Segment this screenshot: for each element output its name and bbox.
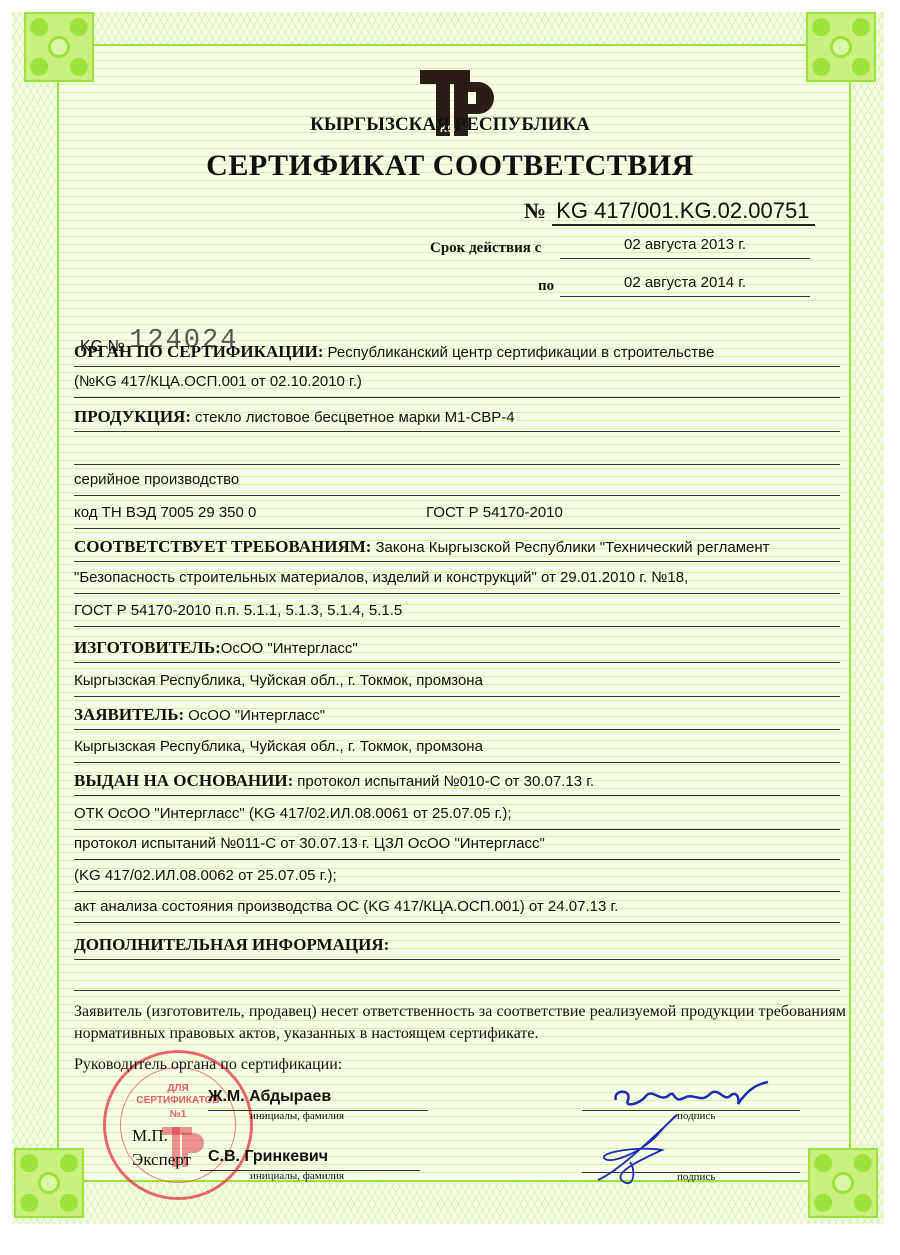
certificate-number: № KG 417/001.KG.02.00751 bbox=[524, 198, 815, 226]
field-product-line2 bbox=[74, 440, 840, 465]
expert-signature-caption: подпись bbox=[677, 1171, 715, 1183]
field-basis-line5: акт анализа состояния производства ОС (K… bbox=[74, 898, 840, 923]
field-tn-ved: код ТН ВЭД 7005 29 350 0 ГОСТ Р 54170-20… bbox=[74, 504, 840, 529]
field-manufacturer: ИЗГОТОВИТЕЛЬ:ОсОО "Интергласс" bbox=[74, 638, 840, 663]
corner-ornament-icon bbox=[14, 1148, 84, 1218]
head-name-caption: инициалы, фамилия bbox=[250, 1110, 344, 1122]
gost-standard: ГОСТ Р 54170-2010 bbox=[426, 504, 563, 521]
field-applicant: ЗАЯВИТЕЛЬ:ОсОО "Интергласс" bbox=[74, 705, 840, 730]
corner-ornament-icon bbox=[808, 1148, 878, 1218]
validity-from-label: Срок действия с bbox=[430, 240, 541, 256]
applicant-label: ЗАЯВИТЕЛЬ: bbox=[74, 705, 184, 724]
expert-label: Эксперт bbox=[132, 1150, 191, 1170]
validity-to: по 02 августа 2014 г. bbox=[538, 278, 554, 295]
manufacturer-value: ОсОО "Интергласс" bbox=[221, 640, 358, 657]
certificate-number-value: KG 417/001.KG.02.00751 bbox=[552, 198, 815, 226]
head-name: Ж.М. Абдыраев bbox=[208, 1088, 428, 1111]
field-requirements-line3: ГОСТ Р 54170-2010 п.п. 5.1.1, 5.1.3, 5.1… bbox=[74, 602, 840, 627]
country-name: КЫРГЫЗСКАЯ РЕСПУБЛИКА bbox=[0, 114, 900, 136]
validity-from: Срок действия с 02 августа 2013 г. bbox=[430, 240, 541, 257]
corner-ornament-icon bbox=[24, 12, 94, 82]
requirements-line1: Закона Кыргызской Республики "Технически… bbox=[375, 539, 769, 556]
production-type: серийное производство bbox=[74, 471, 239, 488]
organ-value: Республиканский центр сертификации в стр… bbox=[328, 344, 715, 361]
expert-name-value: С.В. Гринкевич bbox=[208, 1148, 328, 1165]
organ-label: ОРГАН ПО СЕРТИФИКАЦИИ: bbox=[74, 342, 324, 361]
tn-ved-code: код ТН ВЭД 7005 29 350 0 bbox=[74, 504, 256, 521]
field-product: ПРОДУКЦИЯ:стекло листовое бесцветное мар… bbox=[74, 407, 840, 432]
manufacturer-label: ИЗГОТОВИТЕЛЬ: bbox=[74, 638, 221, 657]
field-manufacturer-address: Кыргызская Республика, Чуйская обл., г. … bbox=[74, 672, 840, 697]
manufacturer-address: Кыргызская Республика, Чуйская обл., г. … bbox=[74, 672, 483, 689]
basis-label: ВЫДАН НА ОСНОВАНИИ: bbox=[74, 771, 293, 790]
field-requirements: СООТВЕТСТВУЕТ ТРЕБОВАНИЯМ:Закона Кыргызс… bbox=[74, 537, 840, 562]
validity-to-label: по bbox=[538, 278, 554, 294]
document-title: СЕРТИФИКАТ СООТВЕТСТВИЯ bbox=[0, 149, 900, 183]
organ-accreditation: (№KG 417/КЦА.ОСП.001 от 02.10.2010 г.) bbox=[74, 373, 362, 390]
field-basis-line3: протокол испытаний №011-С от 30.07.13 г.… bbox=[74, 835, 840, 860]
applicant-address: Кыргызская Республика, Чуйская обл., г. … bbox=[74, 738, 483, 755]
field-additional: ДОПОЛНИТЕЛЬНАЯ ИНФОРМАЦИЯ: bbox=[74, 935, 840, 960]
field-additional-line2 bbox=[74, 966, 840, 991]
border-right bbox=[852, 12, 884, 1224]
expert-name: С.В. Гринкевич bbox=[200, 1148, 420, 1171]
applicant-value: ОсОО "Интергласс" bbox=[188, 707, 325, 724]
responsibility-statement: Заявитель (изготовитель, продавец) несет… bbox=[74, 1001, 846, 1045]
expert-name-caption: инициалы, фамилия bbox=[250, 1170, 344, 1182]
basis-line1: протокол испытаний №010-С от 30.07.13 г. bbox=[297, 773, 594, 790]
requirements-line3: ГОСТ Р 54170-2010 п.п. 5.1.1, 5.1.3, 5.1… bbox=[74, 602, 402, 619]
basis-line4: (KG 417/02.ИЛ.08.0062 от 25.07.05 г.); bbox=[74, 867, 337, 884]
field-production-type: серийное производство bbox=[74, 471, 840, 496]
head-label: Руководитель органа по сертификации: bbox=[74, 1056, 342, 1074]
field-basis-line2: ОТК ОсОО "Интергласс" (KG 417/02.ИЛ.08.0… bbox=[74, 805, 840, 830]
head-signature-icon bbox=[610, 1078, 770, 1112]
requirements-label: СООТВЕТСТВУЕТ ТРЕБОВАНИЯМ: bbox=[74, 537, 371, 556]
head-name-value: Ж.М. Абдыраев bbox=[208, 1088, 331, 1105]
corner-ornament-icon bbox=[806, 12, 876, 82]
validity-to-value: 02 августа 2014 г. bbox=[560, 274, 810, 297]
field-basis-line4: (KG 417/02.ИЛ.08.0062 от 25.07.05 г.); bbox=[74, 867, 840, 892]
field-organ-accreditation: (№KG 417/КЦА.ОСП.001 от 02.10.2010 г.) bbox=[74, 373, 840, 398]
seal-label: М.П. bbox=[132, 1126, 168, 1146]
border-left bbox=[12, 12, 56, 1224]
field-organ: ОРГАН ПО СЕРТИФИКАЦИИ:Республиканский це… bbox=[74, 342, 840, 367]
validity-from-value: 02 августа 2013 г. bbox=[560, 236, 810, 259]
product-label: ПРОДУКЦИЯ: bbox=[74, 407, 191, 426]
additional-label: ДОПОЛНИТЕЛЬНАЯ ИНФОРМАЦИЯ: bbox=[74, 935, 389, 954]
product-value: стекло листовое бесцветное марки М1-СВР-… bbox=[195, 409, 515, 426]
number-sign: № bbox=[524, 198, 546, 223]
basis-line3: протокол испытаний №011-С от 30.07.13 г.… bbox=[74, 835, 545, 852]
basis-line2: ОТК ОсОО "Интергласс" (KG 417/02.ИЛ.08.0… bbox=[74, 805, 512, 822]
basis-line5: акт анализа состояния производства ОС (K… bbox=[74, 898, 618, 915]
field-applicant-address: Кыргызская Республика, Чуйская обл., г. … bbox=[74, 738, 840, 763]
field-requirements-line2: "Безопасность строительных материалов, и… bbox=[74, 569, 840, 594]
requirements-line2: "Безопасность строительных материалов, и… bbox=[74, 569, 688, 586]
field-basis: ВЫДАН НА ОСНОВАНИИ:протокол испытаний №0… bbox=[74, 771, 840, 796]
